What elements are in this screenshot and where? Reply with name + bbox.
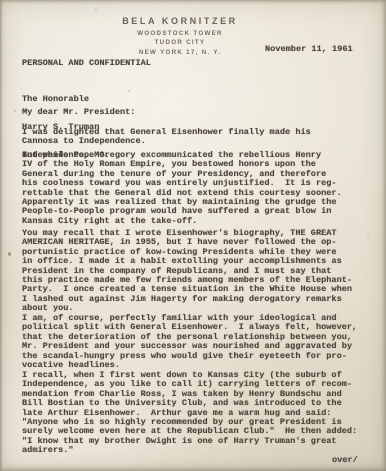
letterhead-address-line-1: WOODSTOCK TOWER: [0, 29, 360, 39]
body-paragraph: You may recall that I wrote Eisenhower's…: [22, 229, 382, 314]
body-paragraph: But while Pope Gregory excommunicated th…: [22, 151, 382, 226]
recipient-line-1: The Honorable: [22, 95, 382, 104]
letter-page: BELA KORNITZER WOODSTOCK TOWER TUDOR CIT…: [0, 0, 386, 471]
letterhead-name: BELA KORNITZER: [0, 16, 360, 27]
classification-line: PERSONAL AND CONFIDENTIAL: [22, 59, 382, 68]
body-paragraph: I am, of course, perfectly familiar with…: [22, 314, 382, 370]
salutation: My dear Mr. President:: [22, 108, 382, 117]
paper-speck: [8, 252, 11, 256]
date-line: November 11, 1961: [265, 45, 386, 54]
body-paragraph: I recall, when I first went down to Kans…: [22, 371, 382, 456]
paper-speck: [95, 8, 97, 10]
body-paragraph: I was delighted that General Eisenhower …: [22, 128, 382, 147]
paper-speck: [14, 110, 16, 112]
continuation-note: over/: [332, 456, 382, 465]
